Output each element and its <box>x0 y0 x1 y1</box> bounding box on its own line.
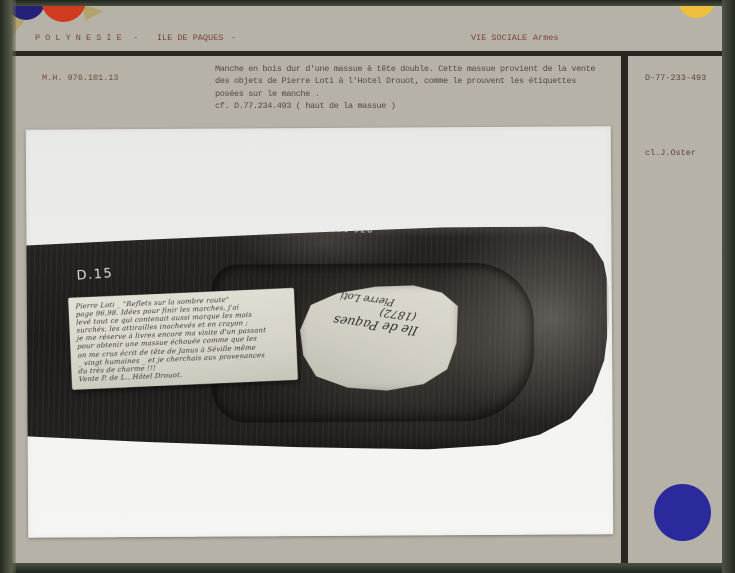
painted-inventory-number: 976.101.13 <box>311 223 372 234</box>
handwritten-label-right: Ile de Paques (1872) Pierre Loti <box>300 285 459 391</box>
photographer-credit: cl.J.Oster <box>645 148 696 158</box>
horizontal-rule <box>12 51 723 56</box>
description-block: Manche en bois dur d'une massue à tête d… <box>215 63 617 113</box>
header-separator-2: - <box>231 33 236 43</box>
header-region: P O L Y N E S I E <box>35 33 122 43</box>
wooden-club-handle: 976.101.13 D.15 Pierre Loti _ "Reflets s… <box>26 222 608 456</box>
painted-code: D.15 <box>76 266 114 284</box>
handwritten-label-left: Pierre Loti _ "Reflets sur la sombre rou… <box>68 288 298 390</box>
header-category: VIE SOCIALE <box>471 33 527 43</box>
header-separator-1: - <box>133 33 138 43</box>
classification-dot-blue <box>654 484 711 541</box>
header-subcategory: Armes <box>533 33 559 43</box>
mount-frame-bottom <box>0 563 735 573</box>
artifact-photograph: 976.101.13 D.15 Pierre Loti _ "Reflets s… <box>26 126 613 538</box>
description-line: des objets de Pierre Loti à l'Hotel Drou… <box>215 75 617 87</box>
header-subregion: ILE DE PAQUES <box>157 33 223 43</box>
inventory-number: M.H. 976.101.13 <box>42 73 119 83</box>
vertical-divider <box>621 51 628 565</box>
mount-frame-top <box>0 0 735 6</box>
description-line: Manche en bois dur d'une massue à tête d… <box>215 63 617 75</box>
mount-frame-left <box>0 0 16 573</box>
description-line: posées sur le manche . <box>215 88 617 100</box>
photo-reference-number: D-77-233-493 <box>645 73 706 83</box>
mount-frame-right <box>722 0 735 573</box>
description-line: cf. D.77.234.493 ( haut de la massue ) <box>215 100 617 112</box>
